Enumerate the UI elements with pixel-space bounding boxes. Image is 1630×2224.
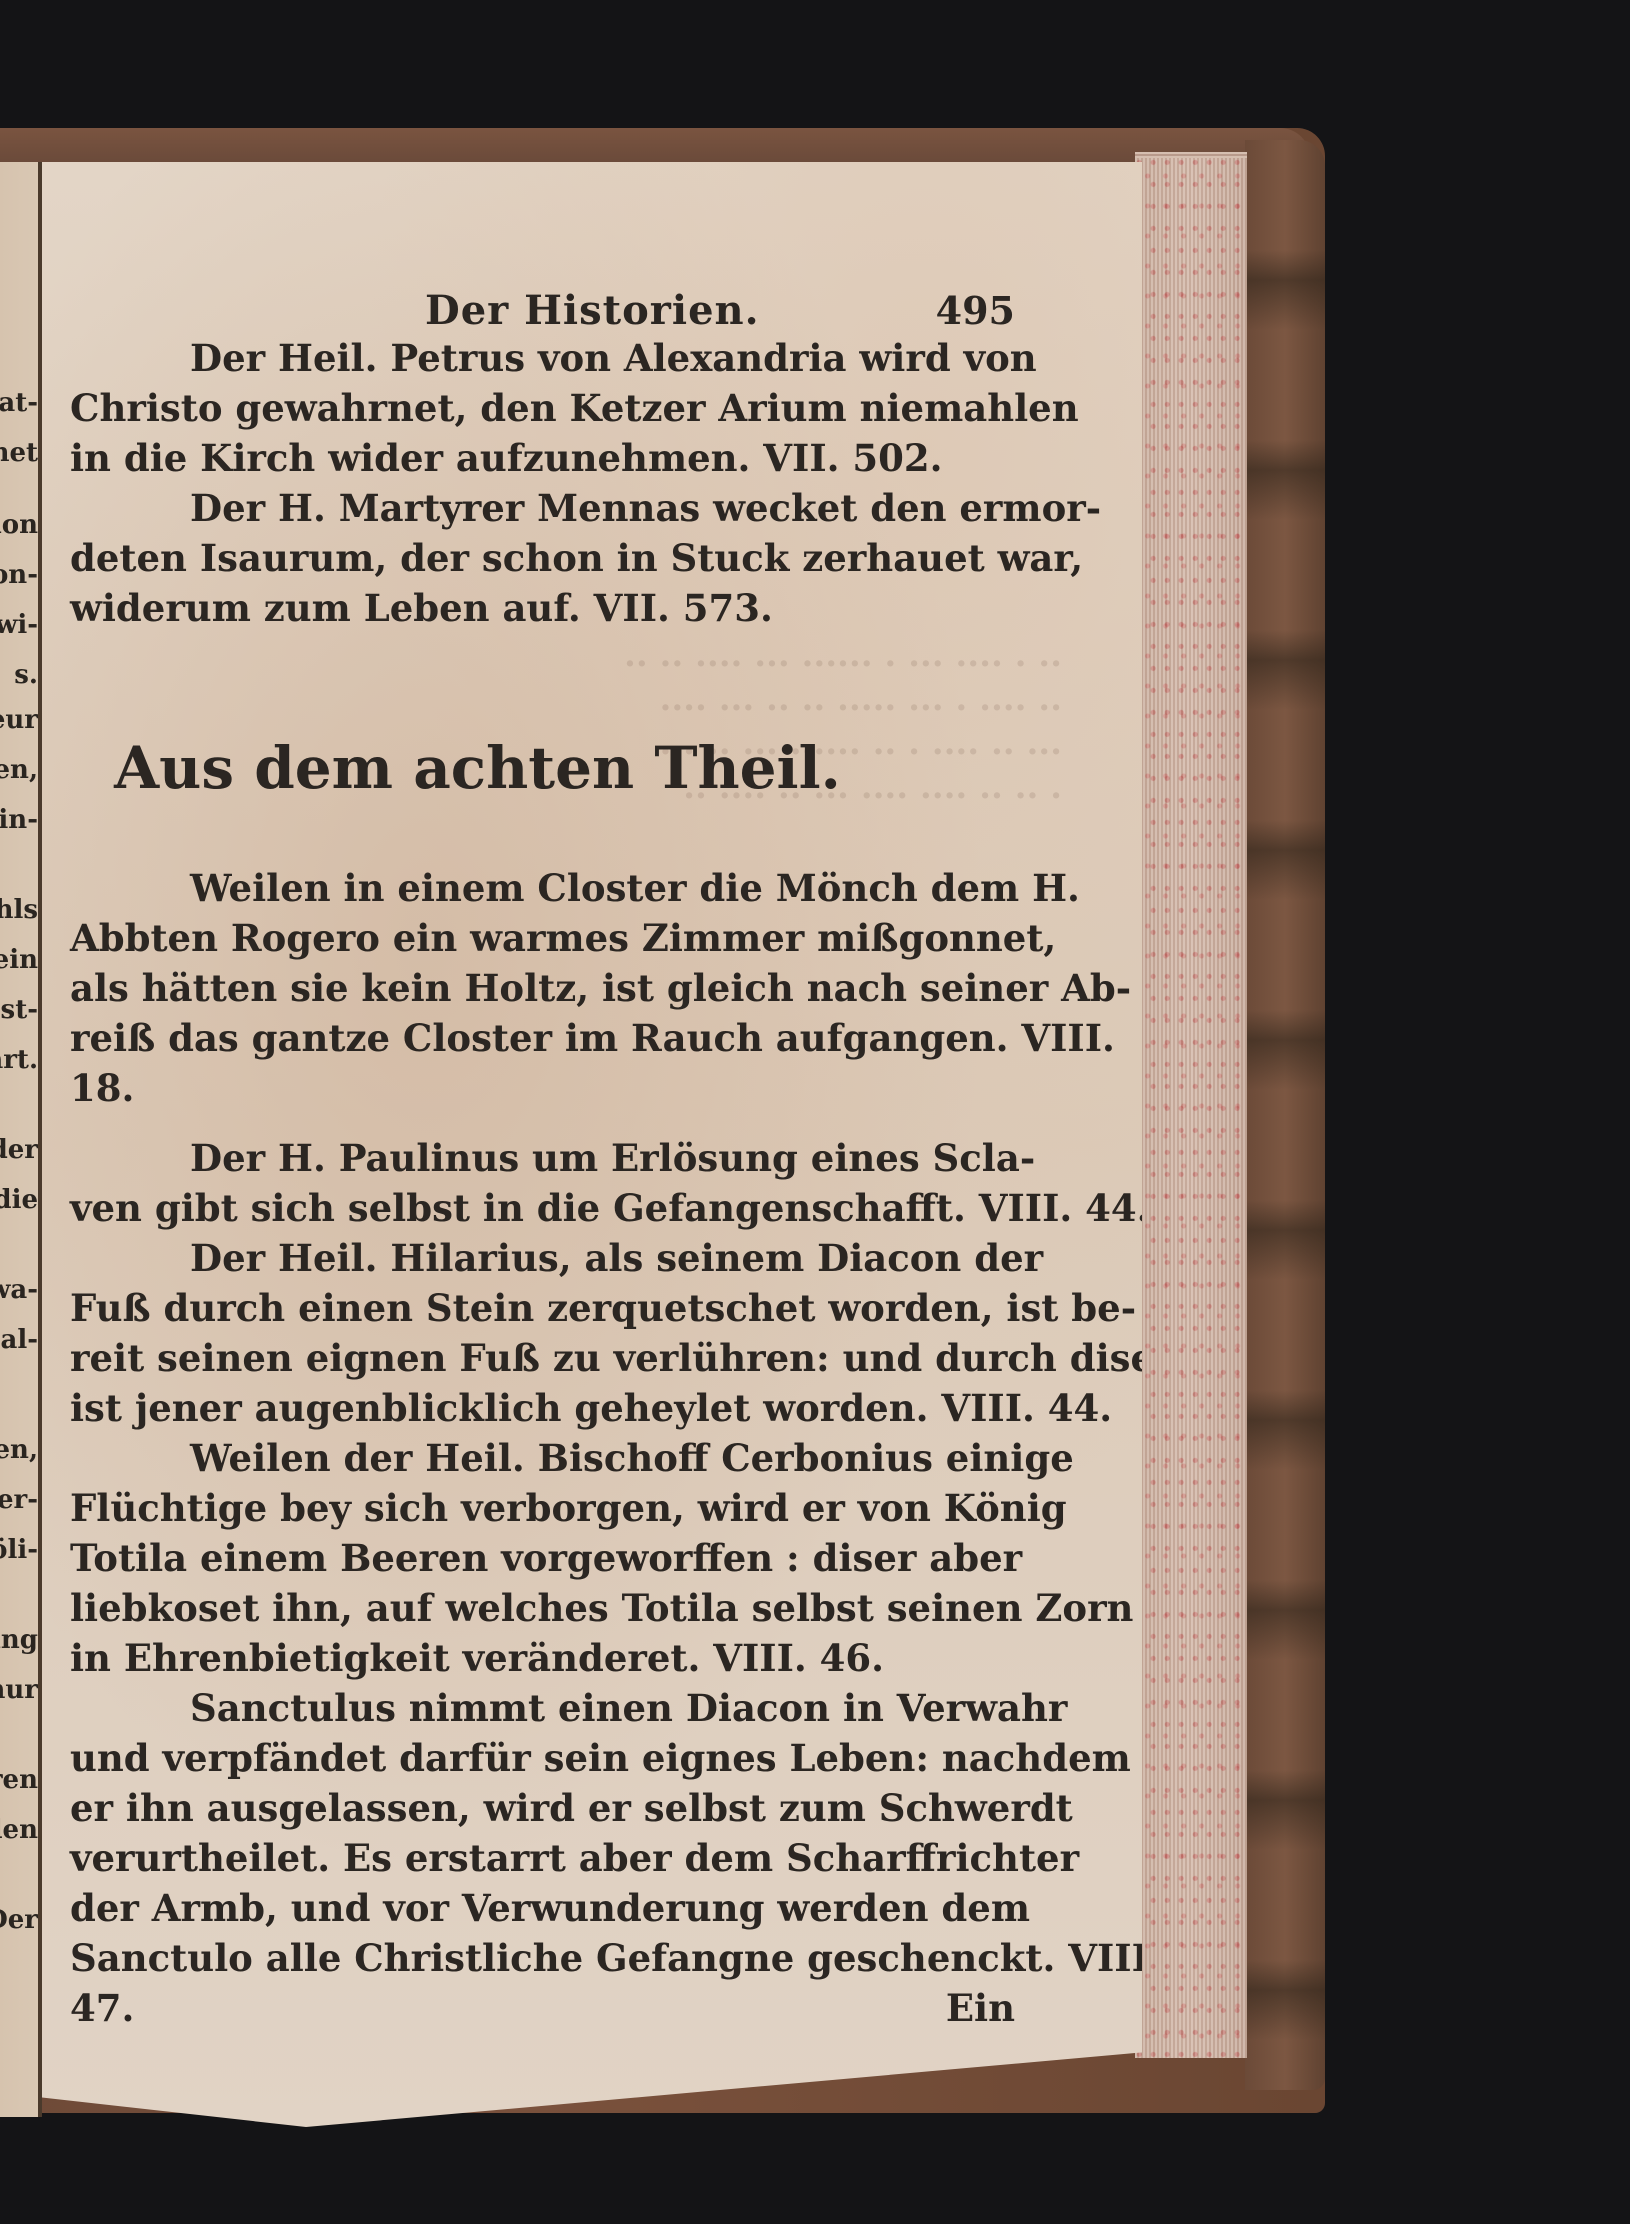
left-fragment: den [0,1817,38,1843]
left-fragment: rist- [0,997,38,1023]
page-block-edge [1135,158,1247,2058]
left-fragment: der [0,1137,38,1163]
book-scan: hat- met hon son- wi- s. feur ten, rin- … [0,0,1630,2224]
text-line: deten Isaurum, der schon in Stuck zerhau… [70,533,1015,583]
left-fragment: hon [0,512,38,538]
text-line: er ihn ausgelassen, wird er selbst zum S… [70,1783,1015,1833]
text-line: Weilen in einem Closter die Mönch dem H. [70,863,1015,913]
left-fragment: ren [0,1767,38,1793]
left-fragment: hls [0,897,38,923]
left-fragment: ein [0,947,38,973]
paragraph: Der H. Martyrer Mennas wecket den ermor-… [70,483,1015,633]
text-line: Der Heil. Hilarius, als seinem Diacon de… [70,1233,1015,1283]
left-fragment: wa- [0,1277,38,1303]
section-heading: Aus dem achten Theil. [70,693,1015,843]
text-line: Abbten Rogero ein warmes Zimmer mißgonne… [70,913,1015,963]
left-fragment: al- [0,1327,38,1353]
running-head: Der Historien. 495 [425,287,1015,333]
left-fragment: nur [0,1677,38,1703]
left-fragment: hrt. [0,1047,38,1073]
left-fragment: en, [0,1437,38,1463]
text-line: der Armb, und vor Verwunderung werden de… [70,1883,1015,1933]
cover-fore-edge [1245,140,1325,2090]
text-line: als hätten sie kein Holtz, ist gleich na… [70,963,1015,1013]
catchword-row: Ein [70,1983,1015,2033]
text-line: in die Kirch wider aufzunehmen. VII. 502… [70,433,1015,483]
text-line: Christo gewahrnet, den Ketzer Arium niem… [70,383,1015,433]
left-fragment: ber- [0,1487,38,1513]
left-fragment: wi- [0,612,38,638]
left-fragment: s. [14,662,38,688]
text-line: Fuß durch einen Stein zerquetschet worde… [70,1283,1015,1333]
paragraph: Weilen der Heil. Bischoff Cerbonius eini… [70,1433,1015,1683]
text-line: und verpfändet darfür sein eignes Leben:… [70,1733,1015,1783]
text-line: Sanctulo alle Christliche Gefangne gesch… [70,1933,1015,1983]
left-fragment: met [0,440,38,466]
text-line: ven gibt sich selbst in die Gefangenscha… [70,1183,1015,1233]
facing-page-sliver: hat- met hon son- wi- s. feur ten, rin- … [0,162,40,2117]
text-line: Weilen der Heil. Bischoff Cerbonius eini… [70,1433,1015,1483]
text-line: reiß das gantze Closter im Rauch aufgang… [70,1013,1015,1063]
paragraph: Der Heil. Hilarius, als seinem Diacon de… [70,1233,1015,1433]
paragraph: Sanctulus nimmt einen Diacon in Verwahr … [70,1683,1015,2033]
catchword: Ein [946,1986,1015,2030]
text-line: verurtheilet. Es erstarrt aber dem Schar… [70,1833,1015,1883]
text-line: ist jener augenblicklich geheylet worden… [70,1383,1015,1433]
text-line: in Ehrenbietigkeit veränderet. VIII. 46. [70,1633,1015,1683]
text-line: widerum zum Leben auf. VII. 573. [70,583,1015,633]
cover-top-edge [0,128,1310,164]
text-line: reit seinen eignen Fuß zu verlühren: und… [70,1333,1015,1383]
left-fragment: ing [0,1627,38,1653]
text-line: 18. [70,1063,1015,1113]
page-number: 495 [936,288,1015,333]
left-fragment: hat- [0,390,38,416]
left-fragment: Der [0,1907,38,1933]
text-line: Der H. Martyrer Mennas wecket den ermor- [70,483,1015,533]
left-fragment: rin- [0,807,38,833]
left-fragment: die [0,1187,38,1213]
text-line: Der Heil. Petrus von Alexandria wird von [70,333,1015,383]
page: ·· · ···· ··· · ······ ··· ···· ·· ···· … [42,162,1142,2127]
left-fragment: feur [0,707,38,733]
paragraph: Der H. Paulinus um Erlösung eines Scla- … [70,1133,1015,1233]
page-text: Der Historien. 495 Der Heil. Petrus von … [70,287,1015,2033]
text-line: Flüchtige bey sich verborgen, wird er vo… [70,1483,1015,1533]
running-title: Der Historien. [425,287,760,334]
left-fragment: öli- [0,1537,38,1563]
gutter-line [38,162,42,2117]
text-line: Sanctulus nimmt einen Diacon in Verwahr [70,1683,1015,1733]
paragraph: Weilen in einem Closter die Mönch dem H.… [70,863,1015,1113]
text-line: Der H. Paulinus um Erlösung eines Scla- [70,1133,1015,1183]
text-line: liebkoset ihn, auf welches Totila selbst… [70,1583,1015,1633]
paragraph: Der Heil. Petrus von Alexandria wird von… [70,333,1015,483]
left-fragment: ten, [0,757,38,783]
left-fragment: son- [0,562,38,588]
text-line: Totila einem Beeren vorgeworffen : diser… [70,1533,1015,1583]
